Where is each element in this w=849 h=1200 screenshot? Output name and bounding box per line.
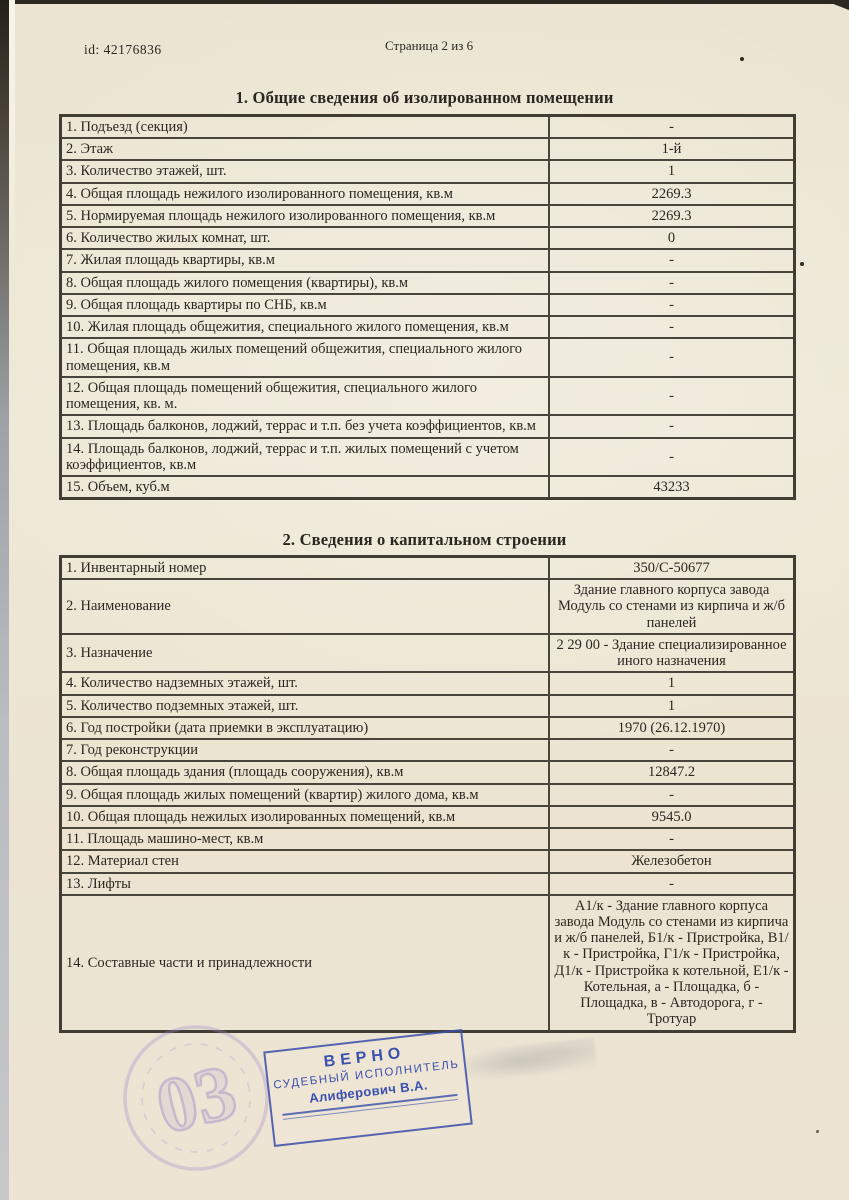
row-value: 1-й xyxy=(549,138,795,160)
table-row: 3. Количество этажей, шт.1 xyxy=(61,160,795,182)
round-stamp-number: 03 xyxy=(148,1047,245,1150)
table-row: 7. Жилая площадь квартиры, кв.м- xyxy=(61,249,795,271)
scanned-document-page: id: 42176836 Страница 2 из 6 1. Общие св… xyxy=(0,0,849,1200)
table-row: 13. Лифты- xyxy=(61,873,795,895)
row-value: - xyxy=(549,828,795,850)
row-label: 8. Общая площадь здания (площадь сооруже… xyxy=(61,761,550,783)
row-value: - xyxy=(549,784,795,806)
general-info-table: 1. Подъезд (секция)- 2. Этаж1-й 3. Колич… xyxy=(59,114,796,500)
table-row: 2. Этаж1-й xyxy=(61,138,795,160)
scan-edge-left xyxy=(0,0,9,1200)
capital-building-table: 1. Инвентарный номер350/С-50677 2. Наиме… xyxy=(59,555,796,1033)
row-value: - xyxy=(549,249,795,271)
table-row: 8. Общая площадь жилого помещения (кварт… xyxy=(61,272,795,294)
row-label: 11. Площадь машино-мест, кв.м xyxy=(61,828,550,850)
row-label: 13. Лифты xyxy=(61,873,550,895)
table-row: 8. Общая площадь здания (площадь сооруже… xyxy=(61,761,795,783)
scan-speck xyxy=(816,1130,819,1133)
scan-speck xyxy=(800,262,804,266)
table-row: 7. Год реконструкции- xyxy=(61,739,795,761)
row-label: 2. Наименование xyxy=(61,579,550,634)
round-ink-stamp: 03 xyxy=(120,1022,272,1174)
row-label: 5. Нормируемая площадь нежилого изолиров… xyxy=(61,205,550,227)
row-label: 1. Подъезд (секция) xyxy=(61,116,550,139)
row-value: 2269.3 xyxy=(549,205,795,227)
row-label: 10. Общая площадь нежилых изолированных … xyxy=(61,806,550,828)
row-label: 3. Количество этажей, шт. xyxy=(61,160,550,182)
row-value: 2269.3 xyxy=(549,183,795,205)
row-label: 4. Количество надземных этажей, шт. xyxy=(61,672,550,694)
row-label: 6. Количество жилых комнат, шт. xyxy=(61,227,550,249)
table-row: 15. Объем, куб.м43233 xyxy=(61,476,795,499)
row-value: - xyxy=(549,338,795,376)
row-label: 12. Материал стен xyxy=(61,850,550,872)
table-row: 9. Общая площадь квартиры по СНБ, кв.м- xyxy=(61,294,795,316)
row-label: 3. Назначение xyxy=(61,634,550,672)
table-row: 9. Общая площадь жилых помещений (кварти… xyxy=(61,784,795,806)
row-value: 1 xyxy=(549,160,795,182)
row-label: 13. Площадь балконов, лоджий, террас и т… xyxy=(61,415,550,437)
row-value: 43233 xyxy=(549,476,795,499)
table-row: 14. Составные части и принадлежностиА1/к… xyxy=(61,895,795,1031)
row-value: - xyxy=(549,438,795,476)
row-label: 14. Площадь балконов, лоджий, террас и т… xyxy=(61,438,550,476)
table-row: 12. Материал стенЖелезобетон xyxy=(61,850,795,872)
row-value: 1970 (26.12.1970) xyxy=(549,717,795,739)
row-label: 11. Общая площадь жилых помещений общежи… xyxy=(61,338,550,376)
section1-title: 1. Общие сведения об изолированном помещ… xyxy=(0,88,849,108)
table-row: 3. Назначение2 29 00 - Здание специализи… xyxy=(61,634,795,672)
row-value: 2 29 00 - Здание специализированное иног… xyxy=(549,634,795,672)
row-value: А1/к - Здание главного корпуса завода Мо… xyxy=(549,895,795,1031)
scan-edge-top xyxy=(0,0,849,4)
row-value: Железобетон xyxy=(549,850,795,872)
table-row: 11. Площадь машино-мест, кв.м- xyxy=(61,828,795,850)
row-value: - xyxy=(549,272,795,294)
row-value: - xyxy=(549,294,795,316)
ink-smudge xyxy=(465,1037,598,1084)
row-label: 8. Общая площадь жилого помещения (кварт… xyxy=(61,272,550,294)
row-label: 5. Количество подземных этажей, шт. xyxy=(61,695,550,717)
table-row: 2. НаименованиеЗдание главного корпуса з… xyxy=(61,579,795,634)
section2-title: 2. Сведения о капитальном строении xyxy=(0,530,849,550)
row-label: 9. Общая площадь жилых помещений (кварти… xyxy=(61,784,550,806)
page-number-label: Страница 2 из 6 xyxy=(385,38,473,54)
table-row: 4. Количество надземных этажей, шт.1 xyxy=(61,672,795,694)
row-value: 9545.0 xyxy=(549,806,795,828)
table-row: 11. Общая площадь жилых помещений общежи… xyxy=(61,338,795,376)
row-value: Здание главного корпуса завода Модуль со… xyxy=(549,579,795,634)
row-value: 350/С-50677 xyxy=(549,557,795,580)
table-row: 10. Общая площадь нежилых изолированных … xyxy=(61,806,795,828)
row-value: - xyxy=(549,116,795,139)
scan-edge-highlight xyxy=(9,0,15,300)
table-row: 5. Количество подземных этажей, шт.1 xyxy=(61,695,795,717)
row-label: 9. Общая площадь квартиры по СНБ, кв.м xyxy=(61,294,550,316)
table-row: 1. Инвентарный номер350/С-50677 xyxy=(61,557,795,580)
row-label: 6. Год постройки (дата приемки в эксплуа… xyxy=(61,717,550,739)
row-label: 7. Год реконструкции xyxy=(61,739,550,761)
document-id: id: 42176836 xyxy=(84,42,162,58)
scan-corner-shadow xyxy=(823,0,849,10)
row-value: - xyxy=(549,316,795,338)
row-value: 12847.2 xyxy=(549,761,795,783)
row-label: 12. Общая площадь помещений общежития, с… xyxy=(61,377,550,415)
row-label: 4. Общая площадь нежилого изолированного… xyxy=(61,183,550,205)
row-value: 0 xyxy=(549,227,795,249)
row-label: 7. Жилая площадь квартиры, кв.м xyxy=(61,249,550,271)
row-value: 1 xyxy=(549,695,795,717)
table-row: 12. Общая площадь помещений общежития, с… xyxy=(61,377,795,415)
row-value: - xyxy=(549,377,795,415)
round-stamp-graphic: 03 xyxy=(120,1022,272,1174)
scan-speck xyxy=(740,57,744,61)
row-label: 10. Жилая площадь общежития, специальног… xyxy=(61,316,550,338)
table-row: 10. Жилая площадь общежития, специальног… xyxy=(61,316,795,338)
table-row: 6. Количество жилых комнат, шт.0 xyxy=(61,227,795,249)
table-row: 5. Нормируемая площадь нежилого изолиров… xyxy=(61,205,795,227)
row-label: 1. Инвентарный номер xyxy=(61,557,550,580)
row-label: 14. Составные части и принадлежности xyxy=(61,895,550,1031)
table-row: 1. Подъезд (секция)- xyxy=(61,116,795,139)
row-value: - xyxy=(549,415,795,437)
table-row: 6. Год постройки (дата приемки в эксплуа… xyxy=(61,717,795,739)
row-value: - xyxy=(549,873,795,895)
table-row: 14. Площадь балконов, лоджий, террас и т… xyxy=(61,438,795,476)
bailiff-stamp: ВЕРНО СУДЕБНЫЙ ИСПОЛНИТЕЛЬ Алиферович В.… xyxy=(263,1029,473,1147)
row-label: 2. Этаж xyxy=(61,138,550,160)
row-value: 1 xyxy=(549,672,795,694)
row-label: 15. Объем, куб.м xyxy=(61,476,550,499)
table-row: 4. Общая площадь нежилого изолированного… xyxy=(61,183,795,205)
table-row: 13. Площадь балконов, лоджий, террас и т… xyxy=(61,415,795,437)
row-value: - xyxy=(549,739,795,761)
